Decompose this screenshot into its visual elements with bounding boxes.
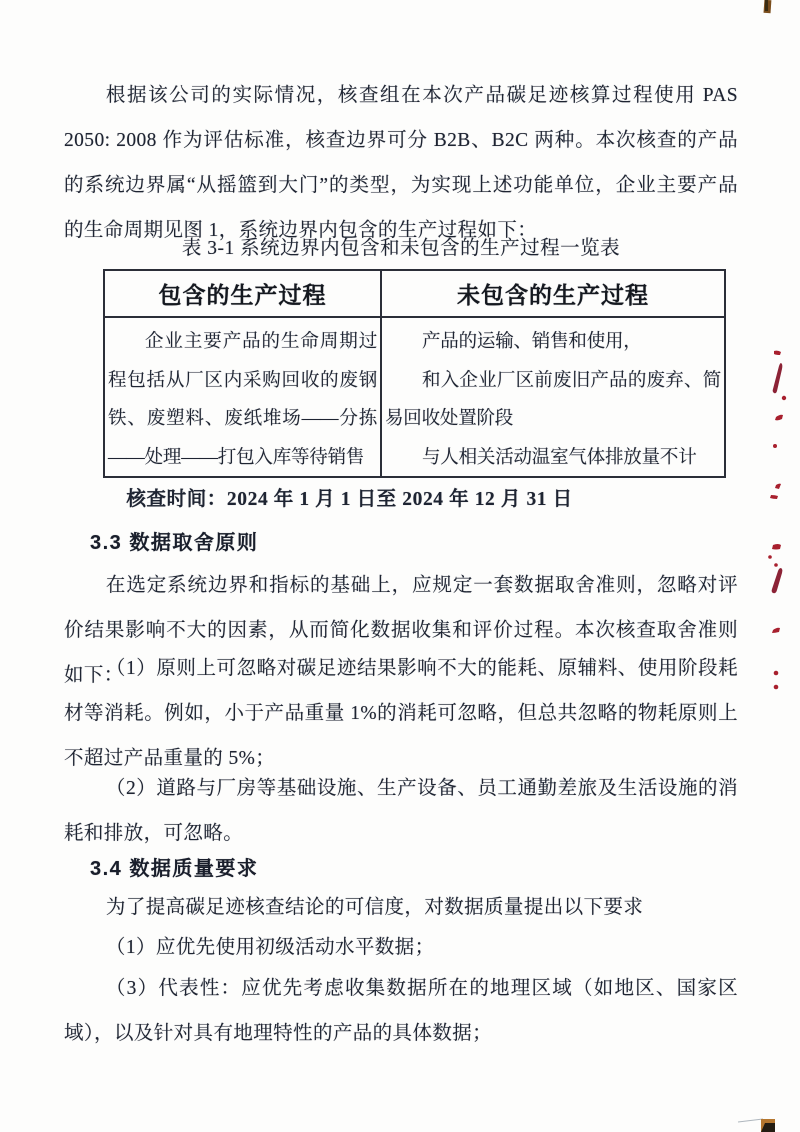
section-3-4-paragraph: 为了提高碳足迹核查结论的可信度，对数据质量提出以下要求 bbox=[64, 885, 738, 930]
intro-paragraph: 根据该公司的实际情况，核查组在本次产品碳足迹核算过程使用 PAS 2050: 2… bbox=[64, 73, 738, 253]
excluded-process-text-line3: 与人相关活动温室气体排放量不计 bbox=[385, 439, 721, 477]
corner-mark-top-right bbox=[764, 0, 772, 13]
section-3-4-item-1: （1）应优先使用初级活动水平数据； bbox=[64, 925, 738, 970]
table-caption: 表 3-1 系统边界内包含和未包含的生产过程一览表 bbox=[64, 234, 738, 264]
verification-period: 核查时间：2024 年 1 月 1 日至 2024 年 12 月 31 日 bbox=[64, 484, 738, 516]
table-3-1: 包含的生产过程 企业主要产品的生命周期过程包括从厂区内采购回收的废钢铁、废塑料、… bbox=[103, 269, 726, 478]
section-3-4-item-3: （3）代表性：应优先考虑收集数据所在的地理区域（如地区、国家区域），以及针对具有… bbox=[64, 966, 738, 1056]
red-ink-marks bbox=[768, 351, 786, 690]
excluded-process-text-line2: 和入企业厂区前废旧产品的废弃、简易回收处置阶段 bbox=[385, 362, 721, 439]
excluded-process-text-line1: 产品的运输、销售和使用， bbox=[385, 323, 721, 362]
scanned-document-page: 根据该公司的实际情况，核查组在本次产品碳足迹核算过程使用 PAS 2050: 2… bbox=[0, 0, 800, 1132]
table-cell-excluded: 产品的运输、销售和使用， 和入企业厂区前废旧产品的废弃、简易回收处置阶段 与人相… bbox=[382, 318, 724, 476]
section-3-3-item-1: （1）原则上可忽略对碳足迹结果影响不大的能耗、原辅料、使用阶段耗材等消耗。例如，… bbox=[64, 646, 738, 781]
table-column-included: 包含的生产过程 企业主要产品的生命周期过程包括从厂区内采购回收的废钢铁、废塑料、… bbox=[105, 271, 382, 476]
included-process-text: 企业主要产品的生命周期过程包括从厂区内采购回收的废钢铁、废塑料、废纸堆场——分拣… bbox=[108, 323, 377, 476]
table-header-excluded: 未包含的生产过程 bbox=[382, 271, 724, 318]
corner-mark-bottom-right bbox=[738, 1119, 775, 1132]
table-header-included: 包含的生产过程 bbox=[105, 271, 380, 318]
section-3-3-item-2: （2）道路与厂房等基础设施、生产设备、员工通勤差旅及生活设施的消耗和排放，可忽略… bbox=[64, 766, 738, 856]
table-cell-included: 企业主要产品的生命周期过程包括从厂区内采购回收的废钢铁、废塑料、废纸堆场——分拣… bbox=[105, 318, 380, 476]
section-heading-3-4: 3.4 数据质量要求 bbox=[90, 854, 258, 884]
table-column-excluded: 未包含的生产过程 产品的运输、销售和使用， 和入企业厂区前废旧产品的废弃、简易回… bbox=[382, 271, 724, 476]
section-heading-3-3: 3.3 数据取舍原则 bbox=[90, 528, 258, 558]
